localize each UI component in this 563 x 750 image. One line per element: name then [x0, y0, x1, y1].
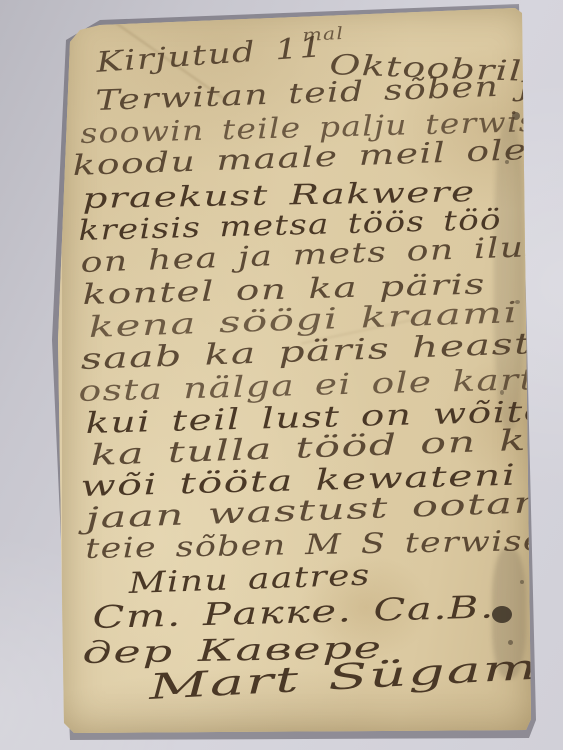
date-line-superscript: mal — [302, 24, 345, 46]
photo-background: Kirjutud 11 mal Oktoobril Terwitan teid … — [0, 0, 563, 750]
postcard: Kirjutud 11 mal Oktoobril Terwitan teid … — [0, 0, 563, 750]
handwriting-layer: Kirjutud 11 mal Oktoobril Terwitan teid … — [0, 0, 563, 750]
date-line-prefix: Kirjutud 11 — [95, 30, 324, 79]
